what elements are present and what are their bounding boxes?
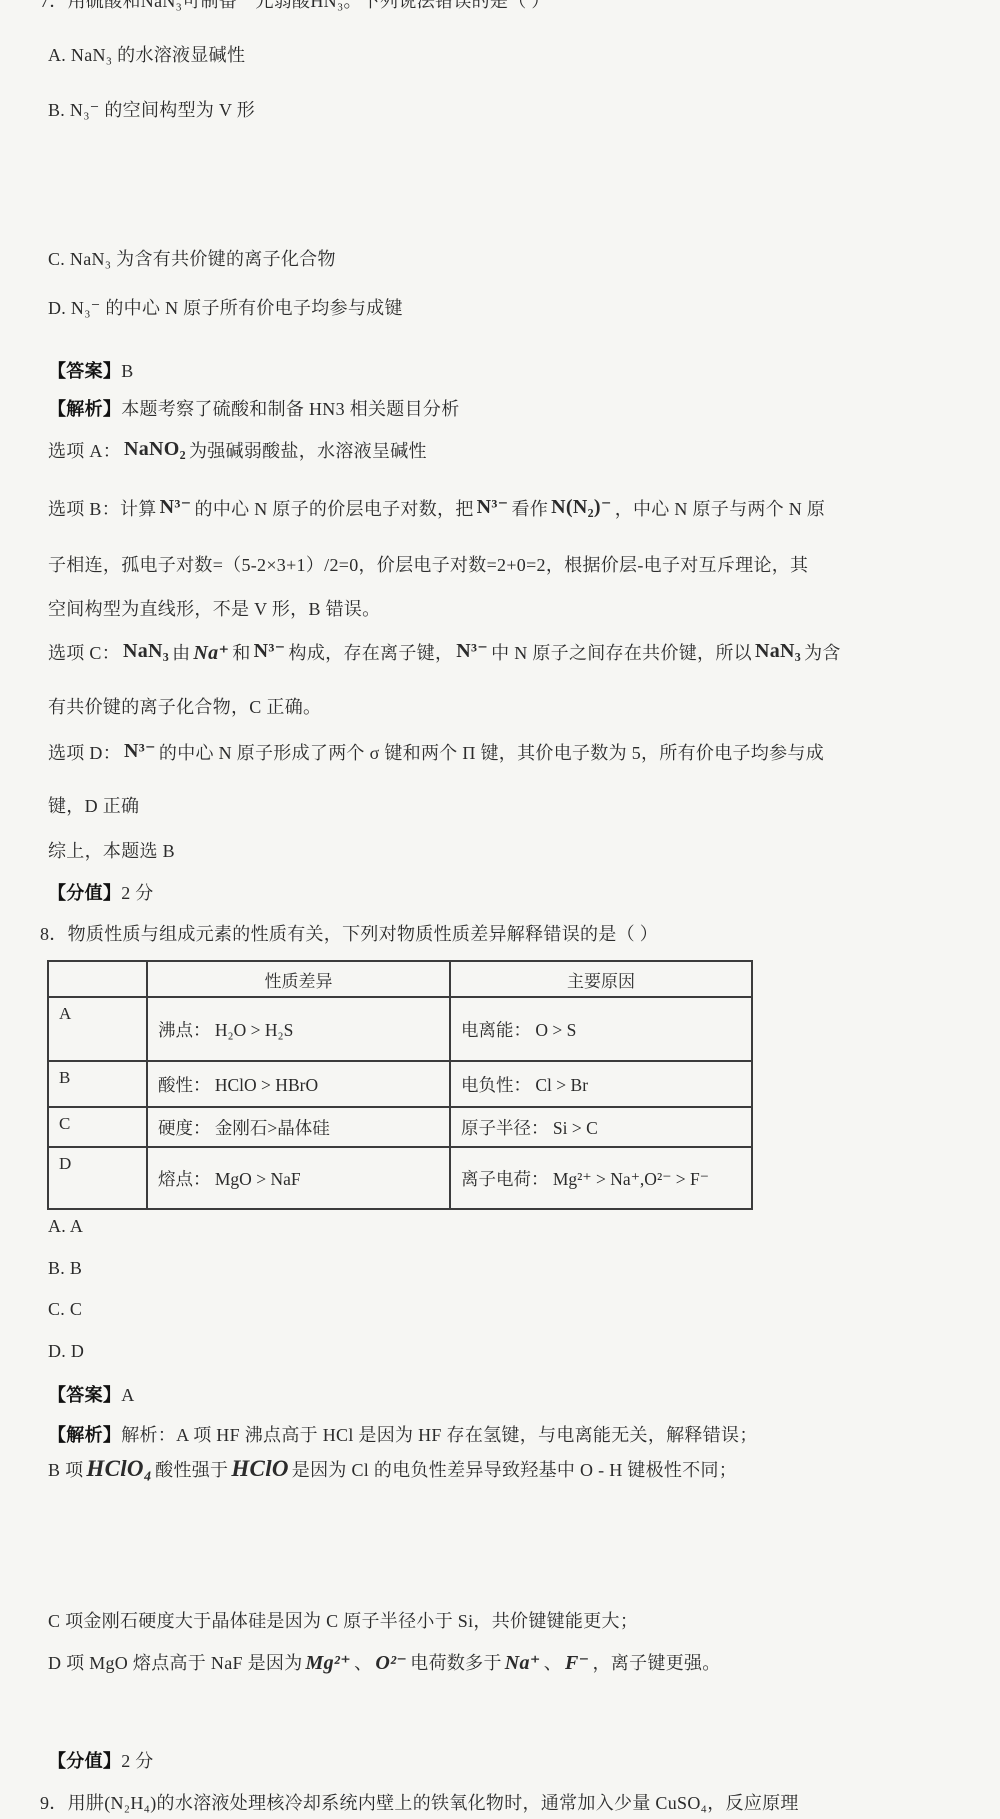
q7-answer-line: 【答案】B (48, 358, 134, 384)
q7-conclusion: 综上，本题选 B (48, 838, 175, 864)
cause-cell: 原子半径： Si > C (450, 1107, 752, 1147)
diff-cell: 酸性： HClO > HBrO (147, 1061, 450, 1107)
q7-analysis-line: 【解析】本题考察了硫酸和制备 HN3 相关题目分析 (48, 396, 460, 422)
q7-analysis-option-a: 选项 A：NaNO₂为强碱弱酸盐，水溶液呈碱性 (48, 438, 427, 464)
q7-analysis-option-b-line1: 选项 B：计算N³⁻的中心 N 原子的价层电子对数，把N³⁻看作N(N₂)⁻，中… (48, 496, 825, 522)
q7-stem: 7．用硫酸和NaN₃可制备一元弱酸HN₃。下列说法错误的是（ ） (40, 0, 550, 14)
q8-score-line: 【分值】2 分 (48, 1748, 154, 1774)
q8-analysis-line1: 【解析】解析：A 项 HF 沸点高于 HCl 是因为 HF 存在氢键，与电离能无… (48, 1422, 758, 1448)
row-label: B (48, 1061, 147, 1107)
diff-cell: 熔点： MgO > NaF (147, 1147, 450, 1209)
q7-analysis-option-b-line2: 子相连，孤电子对数=（5-2×3+1）/2=0，价层电子对数=2+0=2，根据价… (48, 552, 808, 578)
cause-cell: 电负性： Cl > Br (450, 1061, 752, 1107)
row-label: D (48, 1147, 147, 1209)
table-row-c: C 硬度： 金刚石>晶体硅 原子半径： Si > C (48, 1107, 752, 1147)
cause-cell: 电离能： O > S (450, 997, 752, 1061)
q7-analysis-option-d-line2: 键，D 正确 (48, 793, 139, 819)
table-row-b: B 酸性： HClO > HBrO 电负性： Cl > Br (48, 1061, 752, 1107)
q8-option-d: D. D (48, 1338, 84, 1364)
q8-analysis-line2: B 项HClO₄酸性强于HClO是因为 Cl 的电负性差异导致羟基中 O - H… (48, 1456, 737, 1483)
q7-analysis-option-c-line2: 有共价键的离子化合物，C 正确。 (48, 694, 321, 720)
q7-analysis-option-d-line1: 选项 D：N³⁻的中心 N 原子形成了两个 σ 键和两个 Π 键，其价电子数为 … (48, 740, 824, 766)
q8-comparison-table: 性质差异 主要原因 A 沸点： H₂O > H₂S 电离能： O > S B 酸… (47, 960, 753, 1210)
cause-cell: 离子电荷： Mg²⁺ > Na⁺,O²⁻ > F⁻ (450, 1147, 752, 1209)
q8-analysis-line3: C 项金刚石硬度大于晶体硅是因为 C 原子半径小于 Si，共价键键能更大； (48, 1608, 638, 1634)
q8-analysis-line4: D 项 MgO 熔点高于 NaF 是因为Mg²⁺、O²⁻电荷数多于Na⁺、F⁻，… (48, 1650, 721, 1676)
row-label: A (48, 997, 147, 1061)
q7-analysis-option-b-line3: 空间构型为直线形，不是 V 形，B 错误。 (48, 596, 380, 622)
q8-option-a: A. A (48, 1213, 83, 1239)
q9-stem: 9．用肼(N₂H₄)的水溶液处理核冷却系统内壁上的铁氧化物时，通常加入少量 Cu… (40, 1790, 799, 1816)
q7-score-line: 【分值】2 分 (48, 880, 154, 906)
table-row-a: A 沸点： H₂O > H₂S 电离能： O > S (48, 997, 752, 1061)
exam-page: 7．用硫酸和NaN₃可制备一元弱酸HN₃。下列说法错误的是（ ） A. NaN₃… (0, 0, 1000, 1819)
diff-cell: 硬度： 金刚石>晶体硅 (147, 1107, 450, 1147)
q7-option-a: A. NaN₃ 的水溶液显碱性 (48, 42, 245, 68)
table-header-row: 性质差异 主要原因 (48, 961, 752, 997)
diff-cell: 沸点： H₂O > H₂S (147, 997, 450, 1061)
table-corner-cell (48, 961, 147, 997)
table-header-cause: 主要原因 (450, 961, 752, 997)
q7-option-c: C. NaN₃ 为含有共价键的离子化合物 (48, 246, 336, 272)
table-row-d: D 熔点： MgO > NaF 离子电荷： Mg²⁺ > Na⁺,O²⁻ > F… (48, 1147, 752, 1209)
q7-option-b: B. N₃⁻ 的空间构型为 V 形 (48, 97, 255, 123)
q7-option-d: D. N₃⁻ 的中心 N 原子所有价电子均参与成键 (48, 295, 403, 321)
q7-analysis-option-c-line1: 选项 C：NaN₃由Na⁺和N³⁻构成，存在离子键，N³⁻中 N 原子之间存在共… (48, 640, 841, 666)
table-header-diff: 性质差异 (147, 961, 450, 997)
q8-stem: 8．物质性质与组成元素的性质有关，下列对物质性质差异解释错误的是（ ） (40, 921, 658, 947)
q8-option-b: B. B (48, 1255, 82, 1281)
q8-answer-line: 【答案】A (48, 1382, 135, 1408)
q8-option-c: C. C (48, 1296, 82, 1322)
row-label: C (48, 1107, 147, 1147)
